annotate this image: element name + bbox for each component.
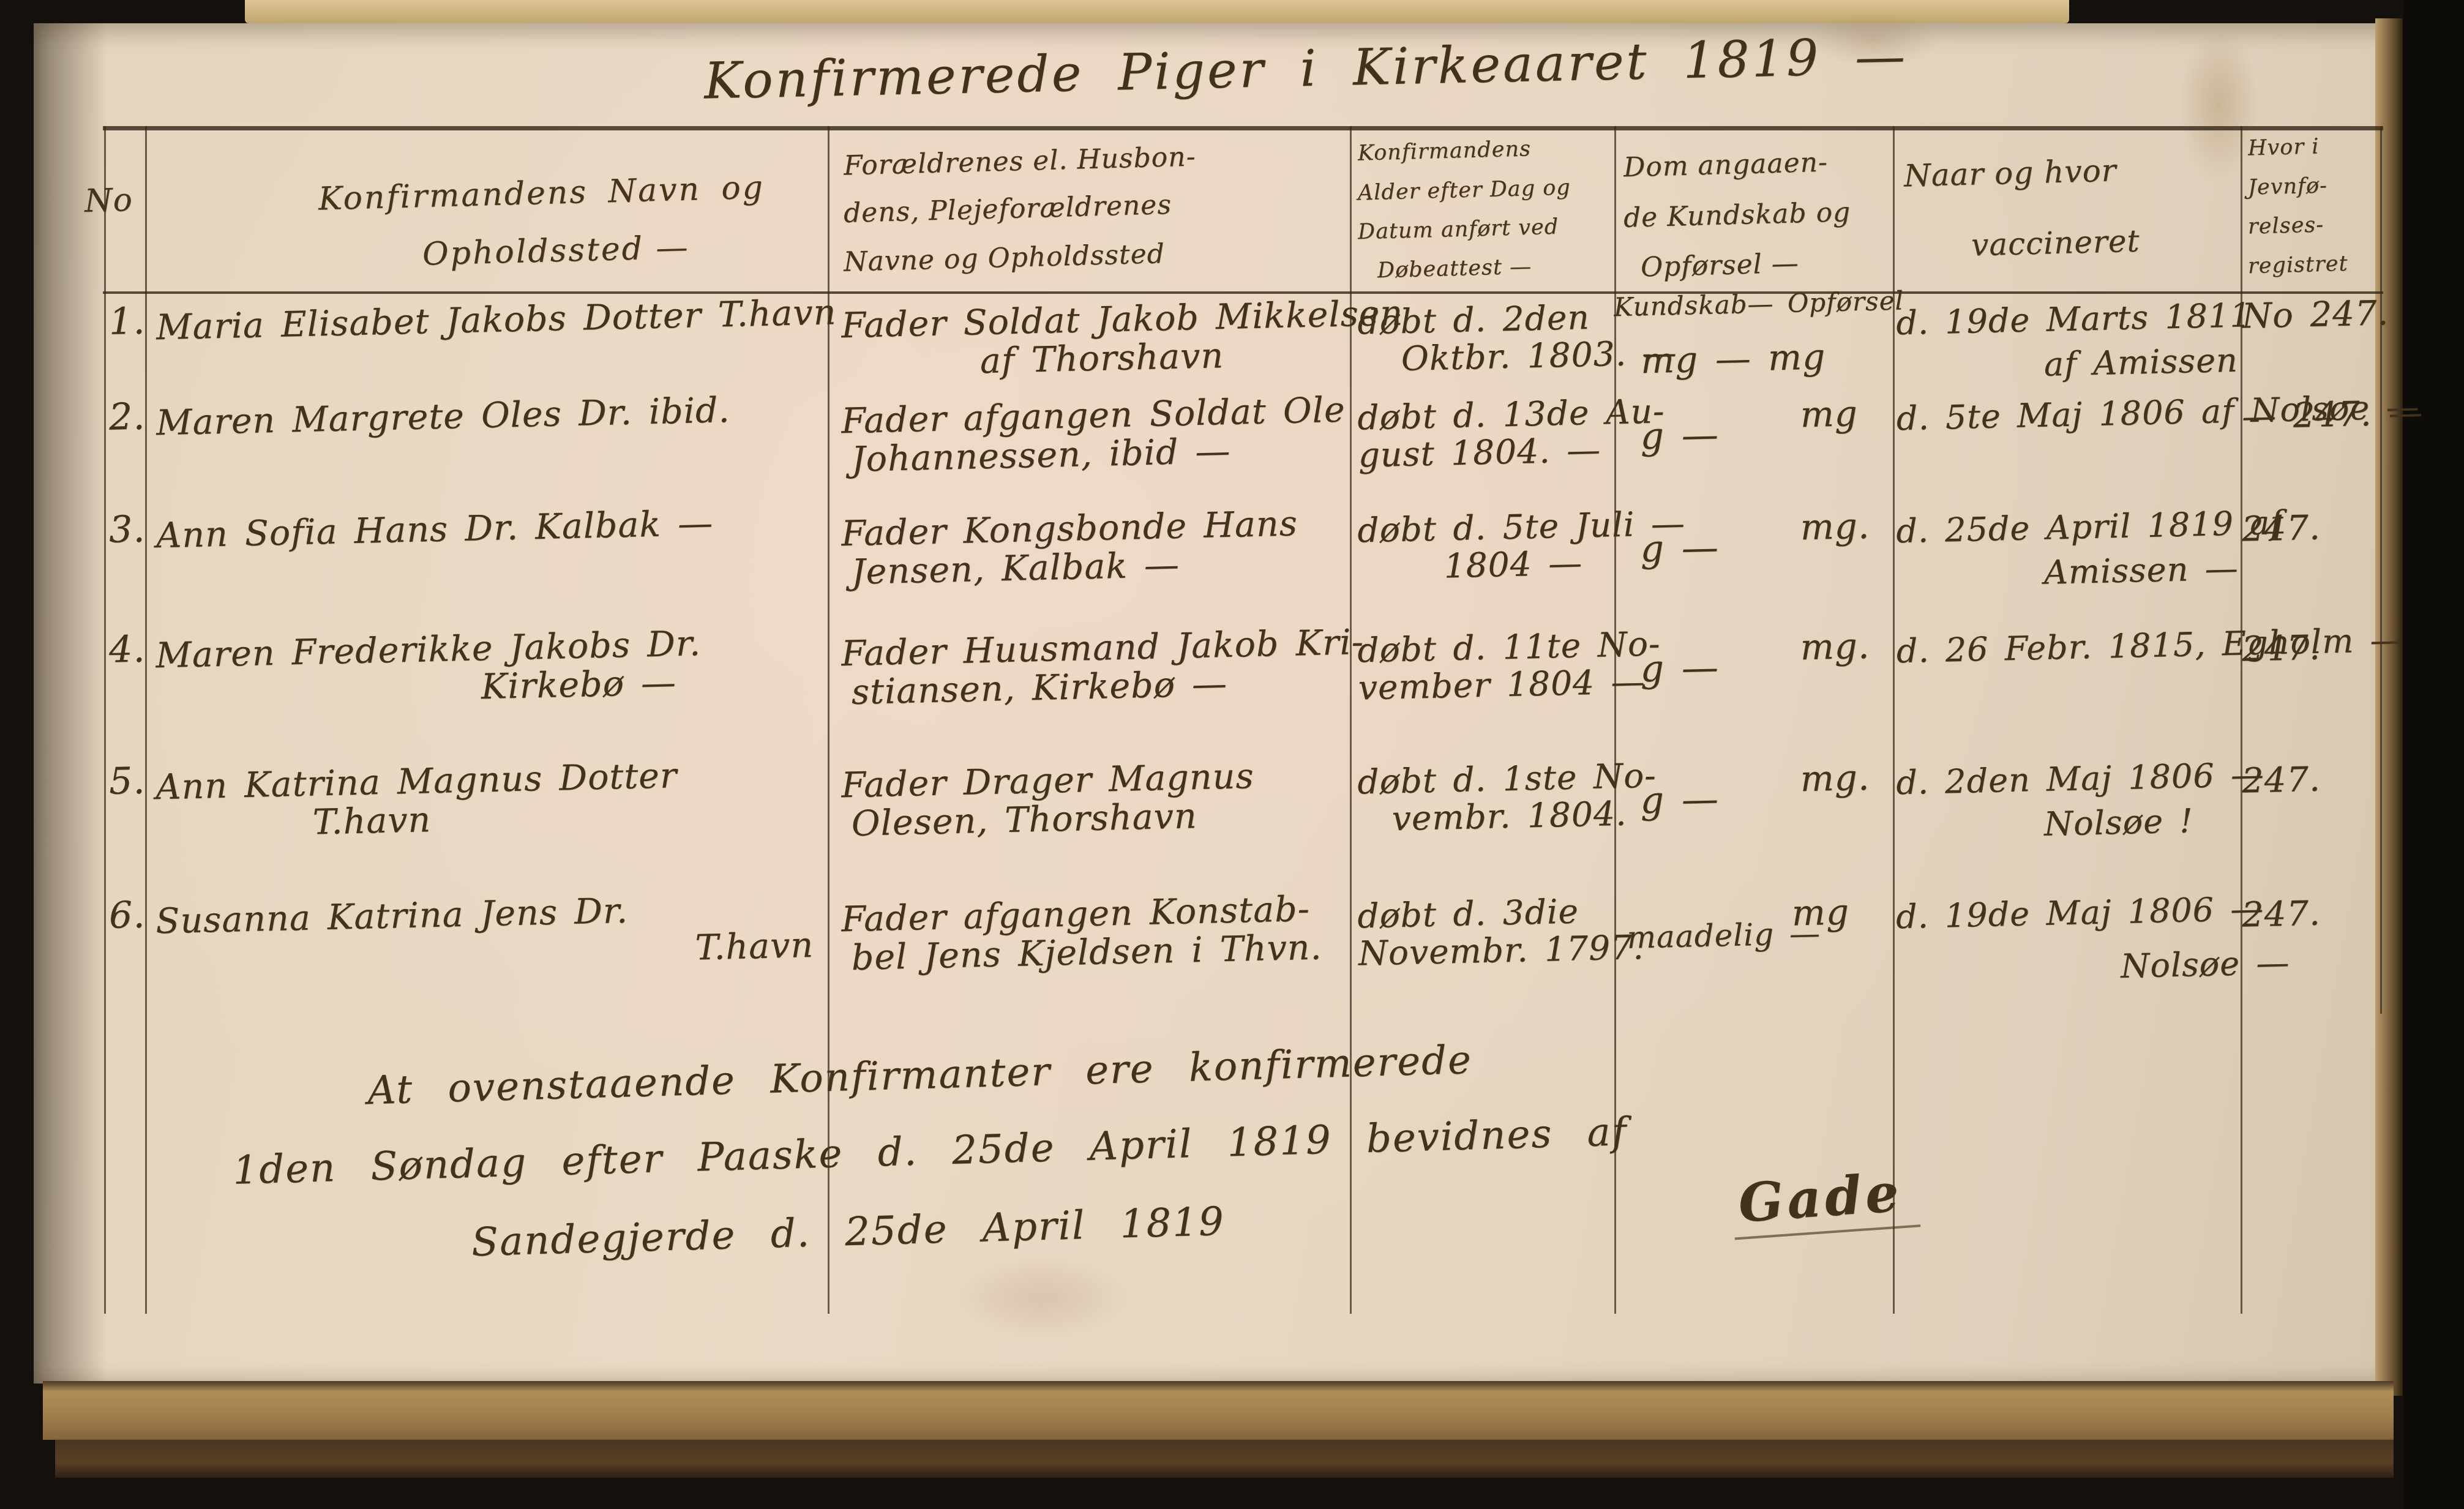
register-number: — 247. — (2241, 395, 2383, 436)
table-row: 5. Ann Katrina Magnus Dotter T.havn Fade… (0, 761, 2464, 902)
judgment-knowledge: Kundskab— Opførsel (1614, 286, 1904, 321)
parents: Fader Kongsbonde Hans Jensen, Kalbak — (841, 504, 1342, 592)
table-row: 4. Maren Frederikke Jakobs Dr. Kirkebø —… (0, 629, 2464, 770)
vaccination-line2: af Amissen (2043, 342, 2234, 383)
vaccination: d. 26 Febr. 1815, Egholm — (1896, 626, 2234, 678)
name-line1: Susanna Katrina Jens Dr. (155, 891, 629, 942)
header-baptism-line3: Datum anført ved (1358, 215, 1559, 244)
parents: Fader Huusmand Jakob Kri- stiansen, Kirk… (841, 624, 1342, 712)
register-number: 247. (2241, 507, 2383, 549)
judgment-conduct: mg. (1800, 627, 1870, 667)
vaccination: d. 2den Maj 1806 — Nolsøe ! (1896, 757, 2234, 846)
table-top-rule (103, 126, 2383, 130)
row-number: 1. (108, 301, 152, 342)
table-row: 6. Susanna Katrina Jens Dr. T.havn Fader… (0, 895, 2464, 1036)
row-number: 6. (108, 894, 152, 936)
row-number: 4. (108, 629, 152, 670)
parents: Fader Soldat Jakob Mikkelsen af Thorshav… (841, 296, 1342, 384)
register-number: No 247. (2241, 294, 2383, 335)
vaccination-line1: d. 25de April 1819 af (1896, 503, 2283, 550)
judgment: Kundskab— Opførsel mg — mg (1621, 298, 1887, 304)
name-line2: Kirkebø — (481, 660, 824, 706)
baptism-date: døbt d. 1ste No- vembr. 1804. (1357, 758, 1607, 837)
confirmand-name: Maren Margrete Oles Dr. ibid. (155, 389, 823, 443)
baptism-line1: døbt d. 5te Juli — (1357, 503, 1686, 550)
vaccination-line2 (2044, 438, 2234, 442)
book-fore-edge (43, 1381, 2394, 1440)
parents: Fader afgangen Soldat Ole Johannessen, i… (841, 391, 1342, 479)
judgment-knowledge: g — (1640, 414, 1720, 457)
baptism-line2: 1804 — (1444, 544, 1606, 584)
judgment-knowledge: g — (1640, 527, 1720, 569)
vaccination: d. 5te Maj 1806 af Nolsøe — (1896, 393, 2234, 446)
vaccination-line1: d. 19de Maj 1806 — (1895, 889, 2264, 937)
baptism-line2: vembr. 1804. (1391, 795, 1606, 837)
vaccination: d. 19de Marts 1811 af Amissen (1896, 298, 2234, 386)
name-line1: Ann Sofia Hans Dr. Kalbak — (155, 503, 713, 556)
baptism-line2: Oktbr. 1803. — (1401, 335, 1606, 377)
baptism-line2: gust 1804. — (1358, 431, 1606, 474)
book-top-edge (245, 0, 2069, 23)
header-dom-line1: Dom angaaen- (1623, 148, 1828, 183)
confirmand-name: Ann Katrina Magnus Dotter T.havn (155, 754, 825, 845)
header-name-line2: Opholdssted — (422, 230, 690, 272)
vaccination-line1: d. 19de Marts 1811 (1896, 296, 2252, 342)
baptism-date: døbt d. 3die Novembr. 1797. (1357, 892, 1607, 972)
confirmand-name: Maren Frederikke Jakobs Dr. Kirkebø — (155, 622, 825, 714)
header-register-line4: registret (2248, 252, 2349, 279)
name-line2: T.havn (695, 926, 824, 967)
register-number: 247. (2241, 759, 2383, 800)
vaccination-line2: Nolsøe — (2120, 946, 2234, 985)
baptism-line1: døbt d. 13de Au- (1357, 391, 1666, 437)
parents: Fader Drager Magnus Olesen, Thorshavn (841, 755, 1342, 844)
baptism-date: døbt d. 2den Oktbr. 1803. — (1357, 298, 1607, 378)
vaccination-line1: d. 2den Maj 1806 — (1896, 755, 2265, 803)
header-no: No (84, 183, 133, 219)
judgment-conduct: mg. (1800, 507, 1870, 547)
vaccination: d. 25de April 1819 af Amissen — (1896, 506, 2234, 594)
baptism-date: døbt d. 11te No- vember 1804 — (1357, 626, 1607, 706)
baptism-date: døbt d. 5te Juli — 1804 — (1357, 506, 1607, 586)
confirmand-name: Ann Sofia Hans Dr. Kalbak — (155, 502, 823, 555)
row-number: 3. (108, 509, 152, 550)
header-vaccination-line1: Naar og hvor (1903, 154, 2117, 193)
judgment-knowledge: g — (1640, 779, 1720, 821)
register-number: 247. (2241, 627, 2383, 668)
vaccination-line2 (2044, 670, 2234, 675)
parents: Fader afgangen Konstab- bel Jens Kjeldse… (841, 889, 1342, 978)
baptism-line2: vember 1804 — (1358, 664, 1606, 706)
header-register-line1: Hvor i (2248, 135, 2320, 160)
vaccination: d. 19de Maj 1806 — Nolsøe — (1895, 891, 2234, 990)
header-register-line3: relses- (2248, 213, 2324, 239)
vaccination-line2: Amissen — (2043, 550, 2234, 591)
row-number: 5. (108, 760, 152, 802)
header-register-line2: Jevnfø- (2248, 174, 2328, 200)
book-fore-edge-dark (55, 1439, 2394, 1478)
header-dom-line2: de Kundskab og (1623, 198, 1851, 233)
header-baptism-line1: Konfirmandens (1358, 137, 1532, 165)
baptism-date: døbt d. 13de Au- gust 1804. — (1357, 394, 1607, 473)
signature: Gade (1731, 1163, 1921, 1240)
confirmand-name: Maria Elisabet Jakobs Dotter T.havn (155, 294, 823, 347)
judgment-conduct: mg. (1800, 758, 1870, 799)
judgment-conduct: mg (1800, 394, 1859, 435)
vaccination-line2: Nolsøe ! (2043, 802, 2234, 842)
header-vaccination-line2: vaccineret (1971, 224, 2140, 262)
header-dom-line3: Opførsel — (1640, 249, 1799, 283)
header-baptism-line4: Døbeattest — (1377, 255, 1532, 283)
scanned-register-page: Konfirmerede Piger i Kirkeaaret 1819 — N… (0, 0, 2464, 1509)
register-number: 247. (2241, 893, 2383, 934)
judgment-knowledge: g — (1640, 647, 1720, 689)
table-header-bottom-rule (103, 291, 2383, 294)
baptism-line2: Novembr. 1797. (1358, 929, 1606, 972)
name-line1: Maren Margrete Oles Dr. ibid. (155, 390, 730, 443)
judgment-conduct: mg (1791, 893, 1850, 933)
row-number: 2. (108, 396, 152, 438)
parents-line2: af Thorshavn (979, 334, 1341, 380)
judgment-conduct: mg — mg (1640, 337, 1826, 381)
confirmand-name: Susanna Katrina Jens Dr. T.havn (155, 888, 825, 979)
